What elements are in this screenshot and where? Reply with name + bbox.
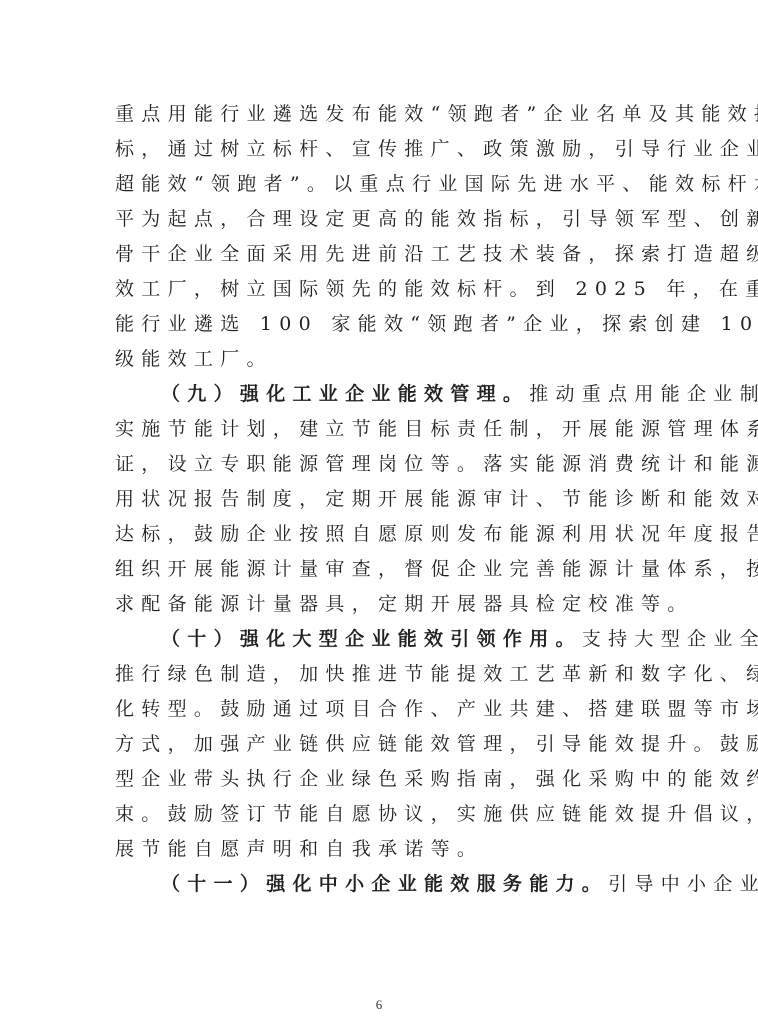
text-line: 束。鼓励签订节能自愿协议，实施供应链能效提升倡议，开 [115,797,647,832]
section-10-first-line: （十）强化大型企业能效引领作用。支持大型企业全面 [115,622,647,657]
text-line: 组织开展能源计量审查，督促企业完善能源计量体系，按要 [115,552,647,587]
text-line: 用状况报告制度，定期开展能源审计、节能诊断和能效对标 [115,482,647,517]
section-heading-9: （九）强化工业企业能效管理。 [161,383,529,405]
section-9-first-line: （九）强化工业企业能效管理。推动重点用能企业制定 [115,377,647,412]
body-text: 重点用能行业遴选发布能效“领跑者”企业名单及其能效指 标，通过树立标杆、宣传推广… [115,97,647,902]
text-line: 平为起点，合理设定更高的能效指标，引导领军型、创新型 [115,202,647,237]
text-line: 能行业遴选 100 家能效“领跑者”企业，探索创建 10 家超 [115,307,647,342]
text-line: 重点用能行业遴选发布能效“领跑者”企业名单及其能效指 [115,97,647,132]
text-run: 支持大型企业全面 [582,628,758,650]
text-line: 求配备能源计量器具，定期开展器具检定校准等。 [115,587,647,622]
text-run: 推动重点用能企业制定 [529,383,758,405]
text-line: 展节能自愿声明和自我承诺等。 [115,832,647,867]
text-line: 标，通过树立标杆、宣传推广、政策激励，引导行业企业赶 [115,132,647,167]
section-11-first-line: （十一）强化中小企业能效服务能力。引导中小企业应 [115,867,647,902]
text-line: 型企业带头执行企业绿色采购指南，强化采购中的能效约 [115,762,647,797]
section-heading-11: （十一）强化中小企业能效服务能力。 [161,873,608,895]
section-heading-10: （十）强化大型企业能效引领作用。 [161,628,582,650]
text-line: 方式，加强产业链供应链能效管理，引导能效提升。鼓励大 [115,727,647,762]
text-line: 级能效工厂。 [115,342,647,377]
text-line: 实施节能计划，建立节能目标责任制，开展能源管理体系认 [115,412,647,447]
text-line: 达标，鼓励企业按照自愿原则发布能源利用状况年度报告。 [115,517,647,552]
document-page: 重点用能行业遴选发布能效“领跑者”企业名单及其能效指 标，通过树立标杆、宣传推广… [0,0,758,1036]
text-line: 骨干企业全面采用先进前沿工艺技术装备，探索打造超级能 [115,237,647,272]
text-line: 证，设立专职能源管理岗位等。落实能源消费统计和能源利 [115,447,647,482]
page-number: 6 [0,997,758,1013]
text-line: 推行绿色制造，加快推进节能提效工艺革新和数字化、绿色 [115,657,647,692]
text-line: 化转型。鼓励通过项目合作、产业共建、搭建联盟等市场化 [115,692,647,727]
text-line: 超能效“领跑者”。以重点行业国际先进水平、能效标杆水 [115,167,647,202]
text-run: 引导中小企业应 [608,873,758,895]
text-line: 效工厂，树立国际领先的能效标杆。到 2025 年，在重点用 [115,272,647,307]
